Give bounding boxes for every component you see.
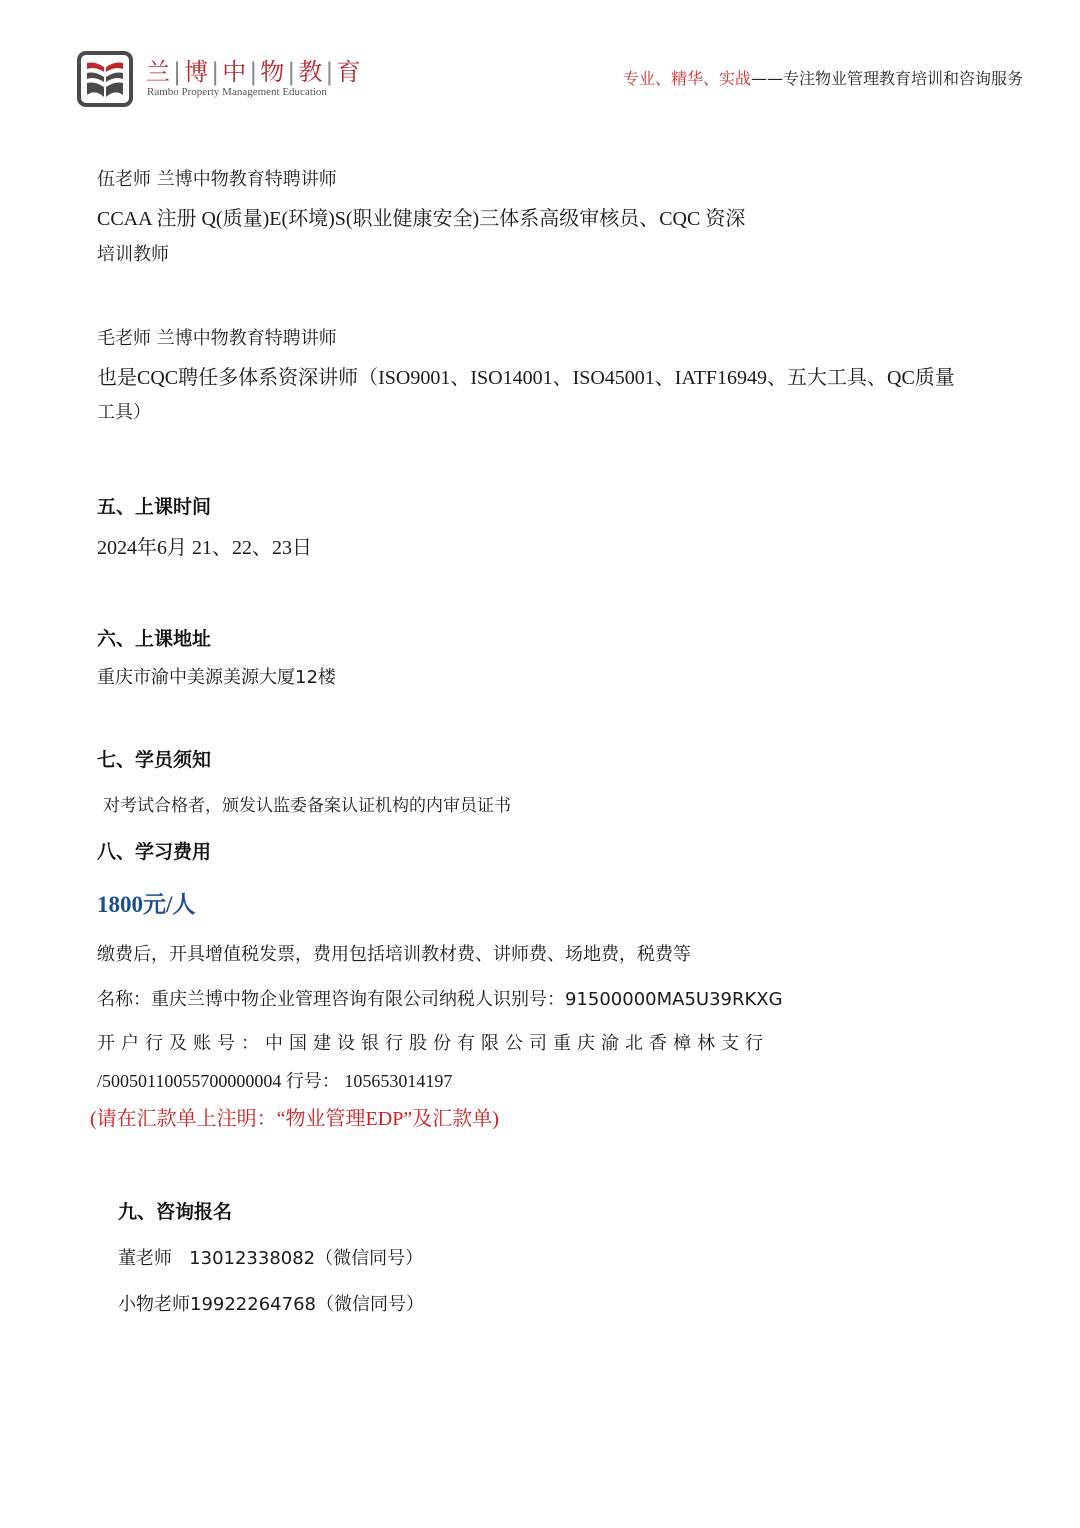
- document-header: 兰|博|中|物|教|育 Rambo Property Management Ed…: [0, 0, 1080, 120]
- bank-info: 开户行及账号：中国建设银行股份有限公司重庆渝北香樟林支行: [97, 1029, 769, 1055]
- notice-content: 对考试合格者，颁发认监委备案认证机构的内审员证书: [103, 791, 511, 816]
- teacher-1-desc: CCAA 注册 Q(质量)E(环境)S(职业健康安全)三体系高级审核员、CQC …: [97, 202, 745, 231]
- fee-includes: 缴费后，开具增值税发票，费用包括培训教材费、讲师费、场地费，税费等: [97, 940, 691, 966]
- section-heading-notice: 七、学员须知: [97, 745, 211, 772]
- teacher-1-title: 伍老师 兰博中物教育特聘讲师: [97, 165, 337, 191]
- slogan: 专业、精华、实战——专注物业管理教育培训和咨询服务: [623, 66, 1023, 89]
- section-heading-fee: 八、学习费用: [97, 837, 211, 864]
- section-heading-time: 五、上课时间: [97, 492, 211, 519]
- brand-char: 兰: [146, 58, 171, 86]
- brand-name-english: Rambo Property Management Education: [147, 86, 327, 98]
- rambo-logo-icon: [77, 51, 133, 107]
- slogan-highlight: 专业、精华、实战: [623, 69, 751, 88]
- fee-price: 1800元/人: [97, 886, 195, 919]
- account-info: /50050110055700000004 行号： 105653014197: [97, 1067, 452, 1093]
- brand-separator: |: [173, 58, 182, 86]
- brand-char: 教: [298, 58, 323, 86]
- brand-char: 物: [260, 58, 285, 86]
- contact-2: 小物老师19922264768（微信同号）: [118, 1290, 424, 1316]
- company-info: 名称：重庆兰博中物企业管理咨询有限公司纳税人识别号：91500000MA5U39…: [97, 985, 783, 1011]
- brand-char: 育: [336, 58, 361, 86]
- section-heading-address: 六、上课地址: [97, 624, 211, 651]
- brand-char: 中: [222, 58, 247, 86]
- teacher-2-desc-cont: 工具）: [97, 398, 151, 424]
- brand-separator: |: [325, 58, 334, 86]
- slogan-text: ——专注物业管理教育培训和咨询服务: [751, 69, 1023, 88]
- teacher-2-desc: 也是CQC聘任多体系资深讲师（ISO9001、ISO14001、ISO45001…: [97, 361, 955, 390]
- teacher-1-desc-cont: 培训教师: [97, 240, 169, 266]
- brand-separator: |: [249, 58, 258, 86]
- brand-separator: |: [287, 58, 296, 86]
- section-heading-contact: 九、咨询报名: [118, 1197, 232, 1224]
- brand-separator: |: [211, 58, 220, 86]
- class-address: 重庆市渝中美源美源大厦12楼: [97, 663, 336, 689]
- brand-name-chinese: 兰|博|中|物|教|育: [146, 52, 361, 87]
- teacher-2-title: 毛老师 兰博中物教育特聘讲师: [97, 324, 337, 350]
- contact-1: 董老师 13012338082（微信同号）: [118, 1244, 423, 1270]
- class-time: 2024年6月 21、22、23日: [97, 531, 312, 560]
- remittance-remark: (请在汇款单上注明：“物业管理EDP”及汇款单): [90, 1102, 499, 1131]
- brand-char: 博: [184, 58, 209, 86]
